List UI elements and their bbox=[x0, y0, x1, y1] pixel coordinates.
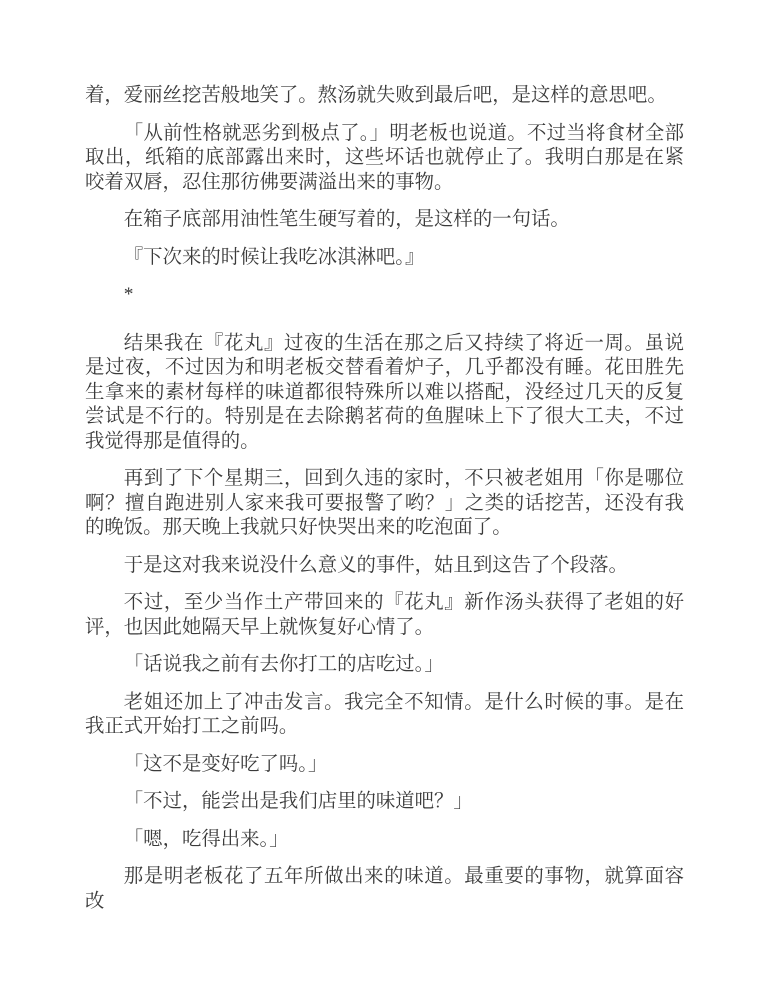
paragraph: 「话说我之前有去你打工的店吃过。」 bbox=[85, 653, 684, 678]
paragraph: 在箱子底部用油性笔生硬写着的，是这样的一句话。 bbox=[85, 208, 684, 233]
paragraph: 于是这对我来说没什么意义的事件，姑且到这告了个段落。 bbox=[85, 554, 684, 579]
paragraph: 着，爱丽丝挖苦般地笑了。熬汤就失败到最后吧，是这样的意思吧。 bbox=[85, 84, 684, 109]
paragraph: 不过，至少当作土产带回来的『花丸』新作汤头获得了老姐的好评，也因此她隔天早上就恢… bbox=[85, 591, 684, 640]
paragraph: 「这不是变好吃了吗。」 bbox=[85, 753, 684, 778]
text-content: 着，爱丽丝挖苦般地笑了。熬汤就失败到最后吧，是这样的意思吧。「从前性格就恶劣到极… bbox=[85, 84, 684, 927]
paragraph: 老姐还加上了冲击发言。我完全不知情。是什么时候的事。是在我正式开始打工之前吗。 bbox=[85, 691, 684, 740]
paragraph: 『下次来的时候让我吃冰淇淋吧。』 bbox=[85, 246, 684, 271]
paragraph: 「不过，能尝出是我们店里的味道吧？」 bbox=[85, 790, 684, 815]
paragraph: 结果我在『花丸』过夜的生活在那之后又持续了将近一周。虽说是过夜，不过因为和明老板… bbox=[85, 332, 684, 455]
scene-break-asterisk: * bbox=[85, 283, 684, 308]
paragraph: 「嗯，吃得出来。」 bbox=[85, 828, 684, 853]
paragraph: 再到了下个星期三，回到久违的家时，不只被老姐用「你是哪位啊？擅自跑进别人家来我可… bbox=[85, 467, 684, 541]
paragraph: 「从前性格就恶劣到极点了。」明老板也说道。不过当将食材全部取出，纸箱的底部露出来… bbox=[85, 122, 684, 196]
paragraph: 那是明老板花了五年所做出来的味道。最重要的事物，就算面容改 bbox=[85, 865, 684, 914]
document-page: 着，爱丽丝挖苦般地笑了。熬汤就失败到最后吧，是这样的意思吧。「从前性格就恶劣到极… bbox=[0, 0, 765, 990]
